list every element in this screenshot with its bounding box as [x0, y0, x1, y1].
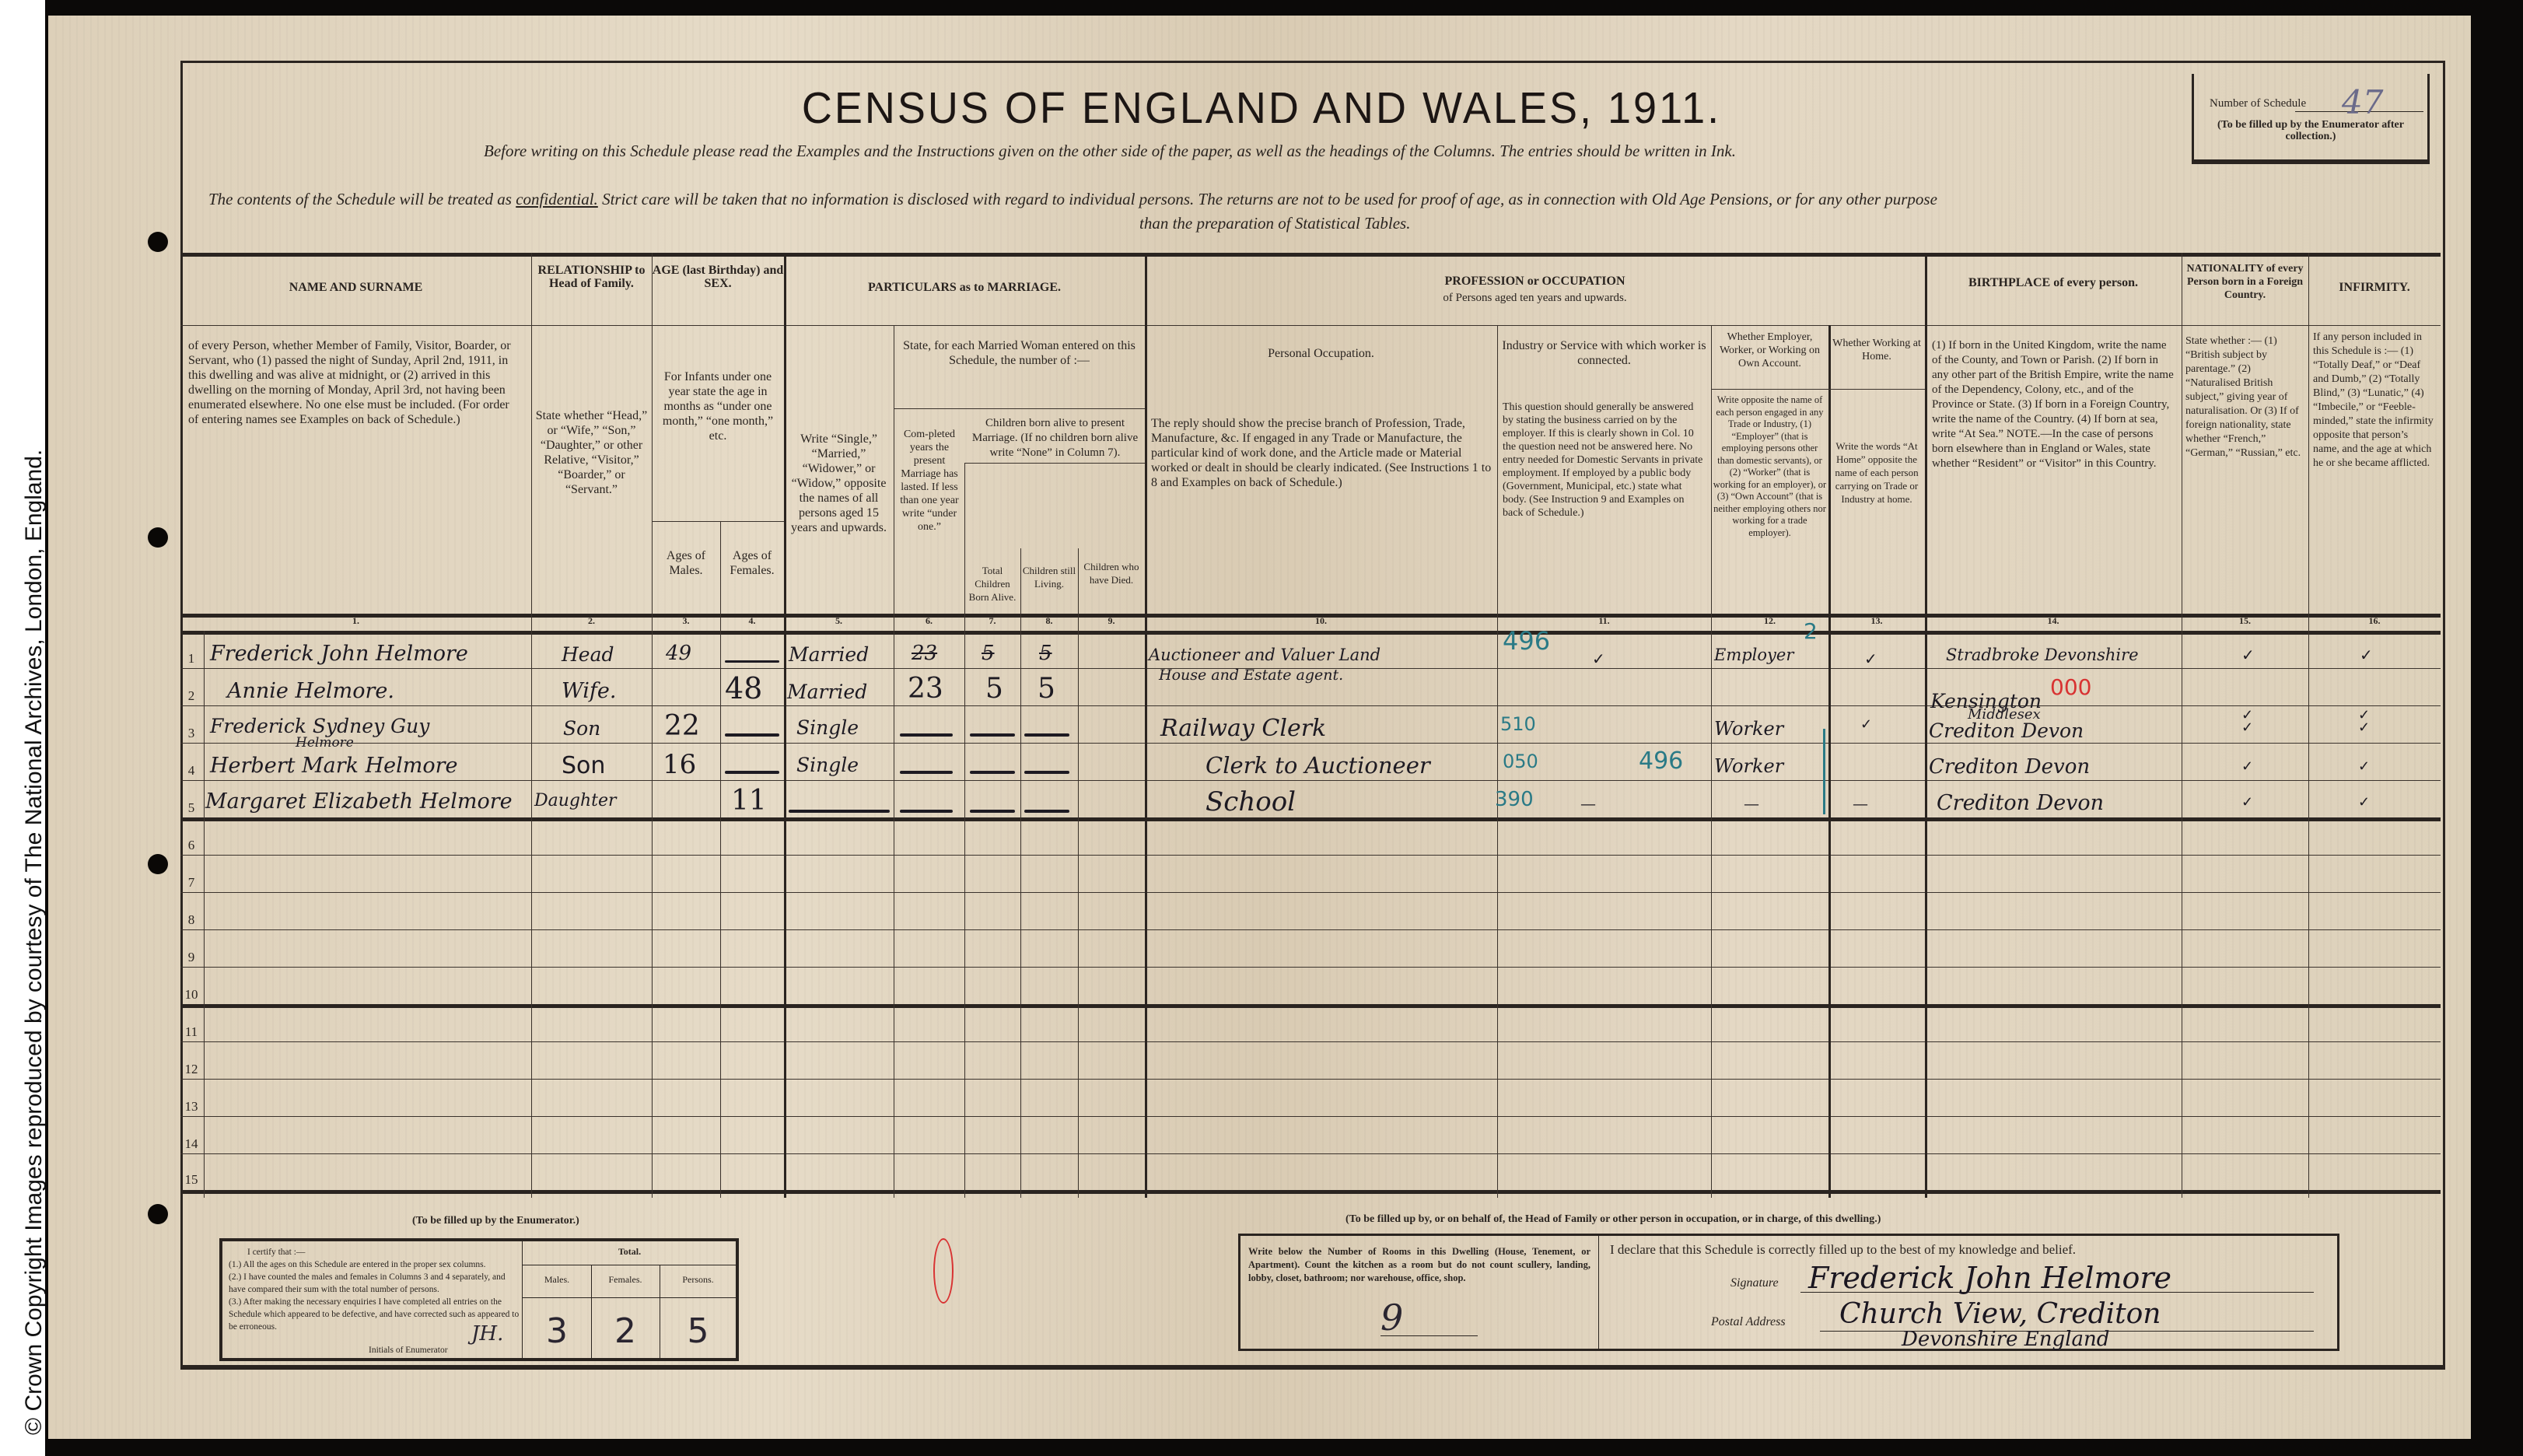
check-mark: ✓ [2358, 758, 2370, 775]
header-employer-desc: Write opposite the name of each person e… [1713, 394, 1827, 539]
check-mark: ✓ [2241, 719, 2253, 736]
row-number: 1 [184, 651, 199, 667]
check-mark: ✓ [1860, 716, 1872, 733]
col-number: 15. [2182, 615, 2308, 627]
birthplace[interactable]: Crediton Devon [1929, 719, 2084, 742]
person-name[interactable]: Annie Helmore. [227, 679, 394, 703]
blank-dash [900, 810, 953, 813]
children-total[interactable]: 5 [982, 642, 995, 665]
header-children-died: Children who have Died. [1078, 560, 1145, 586]
census-table: NAME AND SURNAME of every Person, whethe… [180, 253, 2441, 1198]
check-mark: ✓ [2358, 719, 2370, 736]
header-ages-females: Ages of Females. [720, 548, 784, 578]
employer-status[interactable]: Worker [1714, 755, 1783, 777]
person-name[interactable]: Margaret Elizabeth Helmore [205, 789, 513, 814]
instruction-text: The contents of the Schedule will be tre… [208, 190, 516, 208]
females-total[interactable]: 2 [591, 1311, 660, 1351]
row-number: 10 [184, 987, 199, 1003]
col-number: 6. [894, 615, 964, 627]
col-divider [652, 253, 653, 1198]
rule [180, 929, 2441, 930]
header-infirmity-desc: If any person included in this Schedule … [2313, 331, 2436, 471]
schedule-number-note: (To be filled up by the Enumerator after… [2194, 119, 2427, 142]
certify-item: (1.) All the ages on this Schedule are e… [229, 1258, 520, 1271]
punch-hole [148, 854, 168, 874]
instruction-line-1: Before writing on this Schedule please r… [484, 142, 1736, 161]
col-number: 11. [1497, 615, 1711, 627]
header-nationality: NATIONALITY of every Person born in a Fo… [2182, 262, 2308, 302]
females-label: Females. [591, 1274, 660, 1286]
confidential-word: confidential. [516, 190, 598, 208]
signature[interactable]: Frederick John Helmore [1808, 1261, 2171, 1295]
blank-dash [1024, 771, 1069, 774]
header-at-home: Whether Working at Home. [1828, 337, 1925, 363]
occupation-continued[interactable]: House and Estate agent. [1159, 667, 1343, 684]
postal-address-label: Postal Address [1711, 1315, 1786, 1329]
certify-text: I certify that :— [229, 1246, 520, 1258]
age-male[interactable]: 22 [664, 710, 700, 742]
blank-dash [1024, 810, 1069, 813]
blank-dash [970, 810, 1015, 813]
females-column: Females. 2 [591, 1265, 660, 1358]
blank-dash [789, 810, 890, 813]
row-number: 7 [184, 875, 199, 891]
occupation[interactable]: Railway Clerk [1160, 715, 1326, 742]
relationship[interactable]: Head [562, 643, 614, 666]
row-number: 13 [184, 1099, 199, 1115]
row-number-divider [204, 631, 205, 1198]
employer-status[interactable]: Worker [1714, 718, 1783, 740]
employer-status[interactable]: Employer [1714, 646, 1793, 664]
rule [180, 967, 2441, 968]
header-age: AGE (last Birthday) and SEX. [652, 264, 784, 290]
col-divider [2182, 253, 2182, 1198]
col-number: 1. [180, 615, 531, 627]
persons-total[interactable]: 5 [660, 1311, 737, 1351]
enumerator-box: I certify that :— (1.) All the ages on t… [219, 1238, 739, 1361]
rule [180, 1153, 2441, 1154]
header-personal-occupation-desc: The reply should show the precise branch… [1151, 416, 1492, 490]
rule [180, 892, 2441, 893]
years-married[interactable]: 23 [908, 673, 943, 705]
declaration-text: I declare that this Schedule is correctl… [1610, 1242, 2076, 1258]
males-column: Males. 3 [523, 1265, 592, 1358]
annotation-blue-2: 2 [1804, 618, 1818, 644]
person-name[interactable]: Frederick John Helmore [210, 642, 468, 666]
check-mark: ✓ [2241, 646, 2255, 664]
row-number: 3 [184, 726, 199, 741]
birthplace[interactable]: Crediton Devon [1929, 755, 2090, 779]
blue-bracket-mark [1823, 729, 1825, 814]
punch-hole [148, 527, 168, 548]
header-birthplace: BIRTHPLACE of every person. [1925, 276, 2182, 289]
row-number: 11 [184, 1024, 199, 1040]
blank-dash [725, 733, 779, 737]
col-number: 2. [531, 615, 652, 627]
rooms-line [1380, 1335, 1478, 1336]
header-age-desc: For Infants under one year state the age… [656, 369, 780, 443]
enumerator-certification: I certify that :— (1.) All the ages on t… [229, 1246, 520, 1333]
years-married[interactable]: 23 [912, 642, 937, 665]
col-divider [894, 325, 894, 1198]
header-nationality-desc: State whether :— (1) “British subject by… [2185, 334, 2306, 460]
copyright-text: © Crown Copyright Images reproduced by c… [23, 450, 46, 1435]
col-divider [784, 253, 786, 1198]
punch-hole [148, 1204, 168, 1224]
occupation[interactable]: Clerk to Auctioneer [1206, 752, 1430, 779]
occupation[interactable]: Auctioneer and Valuer Land [1149, 646, 1380, 664]
blank-dash [970, 733, 1015, 737]
col-number: 8. [1020, 615, 1078, 627]
blank-dash: — [1744, 794, 1759, 813]
age-male[interactable]: 16 [663, 749, 696, 780]
person-name[interactable]: Frederick Sydney Guy [210, 715, 429, 737]
instruction-text: Strict care will be taken that no inform… [598, 190, 1937, 208]
col-number: 13. [1828, 615, 1925, 627]
check-mark: ✓ [2241, 758, 2253, 775]
birthplace[interactable]: Crediton Devon [1937, 791, 2104, 815]
row-number: 9 [184, 950, 199, 965]
signature-label: Signature [1730, 1276, 1779, 1290]
occupation-code: 496 [1503, 626, 1550, 656]
rule [180, 780, 2441, 781]
postal-address-line1[interactable]: Church View, Crediton [1839, 1298, 2161, 1330]
row-number: 6 [184, 838, 199, 853]
header-employer: Whether Employer, Worker, or Working on … [1711, 331, 1828, 370]
row-number: 15 [184, 1172, 199, 1188]
col-divider [1925, 253, 1927, 1198]
children-living[interactable]: 5 [1039, 642, 1052, 665]
header-children-desc: Children born alive to present Marriage.… [968, 416, 1143, 460]
blank-dash [725, 660, 779, 663]
header-name-desc: of every Person, whether Member of Famil… [188, 338, 519, 427]
check-mark: ✓ [2360, 646, 2373, 664]
rule [180, 631, 2441, 635]
head-of-family-heading: (To be filled up by, or on behalf of, th… [1345, 1213, 1881, 1226]
persons-column: Persons. 5 [660, 1265, 737, 1358]
col-number: 5. [784, 615, 894, 627]
rule [180, 705, 2441, 706]
row-number: 5 [184, 800, 199, 816]
col-number: 14. [1925, 615, 2182, 627]
header-ages-males: Ages of Males. [652, 548, 720, 578]
rooms-instruction: Write below the Number of Rooms in this … [1248, 1245, 1590, 1285]
rooms-count[interactable]: 9 [1380, 1297, 1403, 1339]
col-divider [2308, 253, 2309, 1198]
punch-hole [148, 232, 168, 252]
marital-status[interactable]: Single [796, 716, 859, 739]
age-male[interactable]: 49 [666, 642, 691, 665]
header-years-married: Com-pleted years the present Marriage ha… [895, 428, 964, 534]
blank-dash [970, 771, 1015, 774]
enumerator-initials[interactable]: JH. [471, 1328, 503, 1340]
row-number: 8 [184, 912, 199, 928]
rule [180, 1041, 2441, 1042]
col-number: 3. [652, 615, 720, 627]
persons-label: Persons. [660, 1274, 737, 1286]
header-industry-desc: This question should generally be answer… [1503, 401, 1706, 520]
blank-dash: — [1853, 794, 1868, 813]
person-name[interactable]: Herbert Mark Helmore [210, 754, 458, 778]
totals-table: Total. Males. 3 Females. 2 Persons. 5 [522, 1241, 737, 1358]
schedule-number-value[interactable]: 47 [2342, 83, 2383, 121]
col-divider [1145, 253, 1147, 1198]
bottom-rule [180, 1365, 2444, 1370]
col-number: 7. [964, 615, 1020, 627]
blank-dash [900, 733, 953, 737]
occupation-code: 510 [1500, 713, 1536, 735]
header-marriage-status-desc: Write “Single,” “Married,” “Widower,” or… [788, 432, 890, 535]
header-occupation-sub: of Persons aged ten years and upwards. [1145, 292, 1925, 305]
header-at-home-desc: Write the words “At Home” opposite the n… [1830, 439, 1923, 506]
rule [180, 1079, 2441, 1080]
annotation-red-000: 000 [2050, 674, 2091, 700]
occupation[interactable]: School [1206, 786, 1296, 817]
header-relationship-desc: State whether “Head,” or “Wife,” “Son,” … [535, 408, 648, 497]
relationship[interactable]: Son [563, 717, 600, 740]
rule [180, 1004, 2441, 1008]
col-divider [1078, 548, 1079, 1198]
males-label: Males. [523, 1274, 591, 1286]
row-number: 14 [184, 1136, 199, 1152]
rule [180, 855, 2441, 856]
header-total-children: Total Children Born Alive. [964, 564, 1020, 604]
marital-status[interactable]: Single [796, 754, 859, 776]
header-industry: Industry or Service with which worker is… [1497, 338, 1711, 368]
rule [180, 1190, 2441, 1194]
blank-dash [900, 771, 953, 774]
header-infirmity: INFIRMITY. [2308, 281, 2441, 294]
row-number: 2 [184, 688, 199, 704]
check-mark: ✓ [1592, 649, 1605, 668]
marital-status[interactable]: Married [787, 681, 867, 703]
instruction-line-3: than the preparation of Statistical Tabl… [1139, 214, 1410, 233]
occupation-code: 390 [1495, 788, 1534, 811]
rule [894, 408, 1145, 409]
col-divider [531, 253, 532, 1198]
header-occupation: PROFESSION or OCCUPATION [1145, 275, 1925, 288]
total-label: Total. [523, 1246, 737, 1258]
children-total[interactable]: 5 [985, 673, 1003, 705]
rule [652, 521, 784, 522]
schedule-number-box: Number of Schedule 47 (To be filled up b… [2192, 74, 2430, 164]
rule [180, 743, 2441, 744]
marital-status[interactable]: Married [789, 643, 869, 666]
check-mark: ✓ [2241, 794, 2253, 810]
rule [180, 1116, 2441, 1117]
col-divider [1497, 325, 1498, 1198]
col-number: 10. [1145, 615, 1497, 627]
header-relationship: RELATIONSHIP to Head of Family. [531, 264, 652, 290]
occupation-code: 050 [1503, 751, 1538, 772]
birthplace[interactable]: Stradbroke Devonshire [1946, 646, 2139, 664]
relationship[interactable]: Daughter [534, 791, 617, 810]
relationship[interactable]: Wife. [562, 679, 616, 703]
person-name-continued[interactable]: Helmore [296, 735, 354, 751]
header-children-living: Children still Living. [1020, 564, 1078, 590]
rooms-section: Write below the Number of Rooms in this … [1241, 1236, 1599, 1349]
rule [180, 817, 2441, 821]
blank-dash [1024, 733, 1069, 737]
red-zero-annotation [933, 1238, 954, 1304]
col-number: 4. [720, 615, 784, 627]
age-female[interactable]: 11 [731, 785, 767, 817]
row-number: 12 [184, 1062, 199, 1077]
certify-item: (2.) I have counted the males and female… [229, 1271, 520, 1296]
relationship[interactable]: Son [562, 752, 605, 779]
col-divider [1711, 325, 1712, 1198]
header-married-woman: State, for each Married Woman entered on… [898, 338, 1141, 368]
head-declaration-box: Write below the Number of Rooms in this … [1238, 1234, 2339, 1351]
header-marriage: PARTICULARS as to MARRIAGE. [784, 281, 1145, 294]
initials-label: Initials of Enumerator [369, 1344, 448, 1356]
blank-dash: — [1580, 794, 1596, 813]
col-number: 16. [2308, 615, 2441, 627]
postal-address-line2[interactable]: Devonshire England [1902, 1328, 2109, 1351]
header-birthplace-desc: (1) If born in the United Kingdom, write… [1932, 338, 2177, 471]
form-title: CENSUS OF ENGLAND AND WALES, 1911. [0, 82, 2523, 133]
header-personal-occupation: Personal Occupation. [1145, 346, 1497, 361]
children-living[interactable]: 5 [1038, 673, 1055, 705]
rule [180, 325, 2441, 326]
rule [964, 463, 1145, 464]
industry-code: 496 [1639, 747, 1683, 775]
header-name: NAME AND SURNAME [180, 281, 531, 294]
rule [1711, 389, 1925, 390]
rule [180, 253, 2441, 257]
blank-dash [725, 771, 779, 774]
schedule-number-label: Number of Schedule [2210, 97, 2306, 110]
copyright-strip: © Crown Copyright Images reproduced by c… [0, 0, 45, 1456]
col-divider [1020, 548, 1021, 1198]
check-mark: ✓ [1864, 649, 1877, 668]
age-female[interactable]: 48 [725, 671, 762, 705]
col-number: 9. [1078, 615, 1145, 627]
enumerator-heading: (To be filled up by the Enumerator.) [412, 1215, 579, 1227]
row-number: 4 [184, 763, 199, 779]
males-total[interactable]: 3 [523, 1311, 591, 1351]
instruction-line-2: The contents of the Schedule will be tre… [208, 190, 1937, 209]
check-mark: ✓ [2358, 794, 2370, 810]
